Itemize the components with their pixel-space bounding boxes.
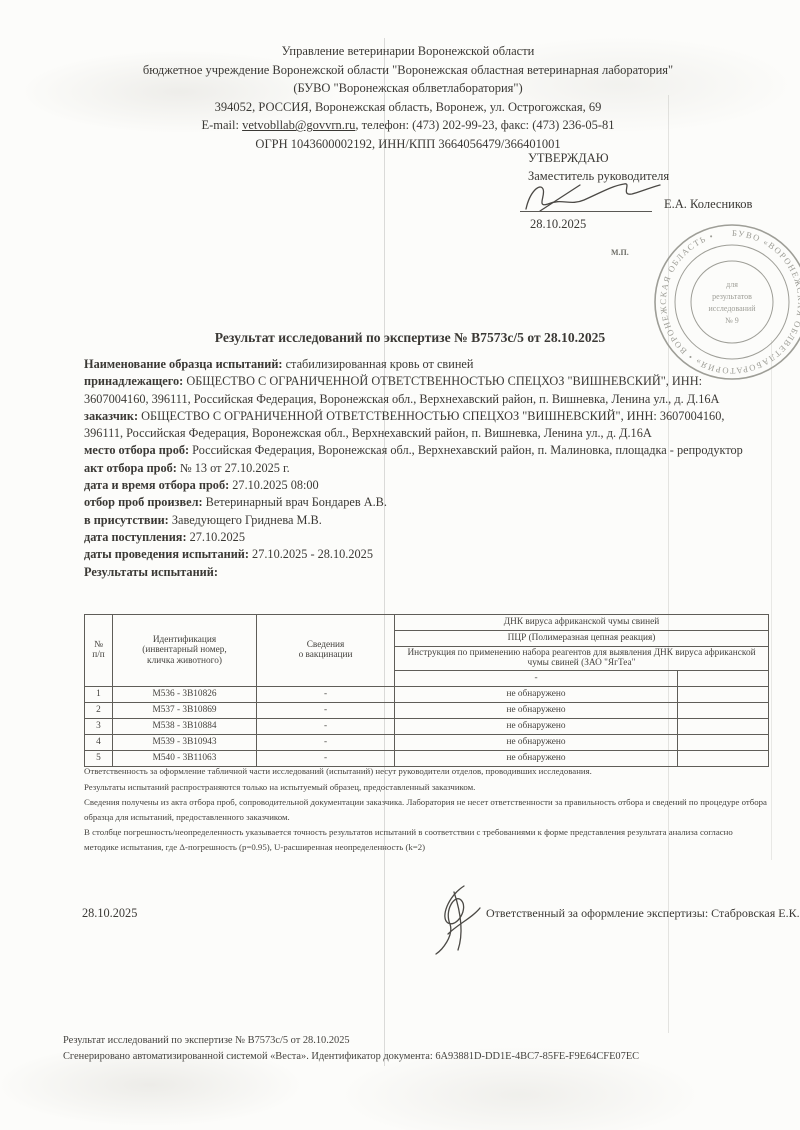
letterhead-institution: бюджетное учреждение Воронежской области…	[30, 61, 786, 80]
table-row: 3 М538 - 3В10884 - не обнаружено	[85, 718, 769, 734]
scanned-document-page: Управление ветеринарии Воронежской облас…	[0, 0, 800, 1130]
approval-date: 28.10.2025	[530, 215, 586, 233]
footer-generated-by: Сгенерировано автоматизированной системо…	[63, 1049, 639, 1065]
field-sampling-datetime: дата и время отбора проб: 27.10.2025 08:…	[84, 477, 766, 494]
cell-result: не обнаружено	[395, 702, 678, 718]
phone-fax: , телефон: (473) 202-99-23, факс: (473) …	[355, 118, 614, 132]
field-test-dates: даты проведения испытаний: 27.10.2025 - …	[84, 546, 766, 563]
signature-line	[520, 211, 652, 212]
lab-letterhead: Управление ветеринарии Воронежской облас…	[30, 42, 786, 154]
approval-word: УТВЕРЖДАЮ	[528, 149, 788, 167]
table-row: 2 М537 - 3В10869 - не обнаружено	[85, 702, 769, 718]
stamp-center-line: исследований	[709, 304, 757, 313]
stamp-center-line: для	[726, 280, 738, 289]
col-header-num: № п/п	[85, 615, 113, 687]
cell-uncert	[678, 718, 769, 734]
field-sampling-act: акт отбора проб: № 13 от 27.10.2025 г.	[84, 460, 766, 477]
cell-num: 4	[85, 734, 113, 750]
document-title: Результат исследований по экспертизе № В…	[20, 330, 800, 346]
cell-result: не обнаружено	[395, 718, 678, 734]
letterhead-contacts: E-mail: vetvobllab@govvrn.ru, телефон: (…	[30, 116, 786, 135]
report-date: 28.10.2025	[82, 906, 137, 921]
cell-num: 3	[85, 718, 113, 734]
field-customer: заказчик: ОБЩЕСТВО С ОГРАНИЧЕННОЙ ОТВЕТС…	[84, 408, 766, 443]
email-label: E-mail:	[201, 118, 239, 132]
cell-uncert	[678, 686, 769, 702]
cell-result: не обнаружено	[395, 686, 678, 702]
field-owner: принадлежащего: ОБЩЕСТВО С ОГРАНИЧЕННОЙ …	[84, 373, 766, 408]
col-header-method: ПЦР (Полимеразная цепная реакция)	[395, 631, 769, 647]
col-header-dash: -	[395, 670, 678, 686]
field-sample-name: Наименование образца испытаний: стабилиз…	[84, 356, 766, 373]
letterhead-short-name: (БУВО "Воронежская облветлаборатория")	[30, 79, 786, 98]
stamp-place-mark: М.П.	[611, 248, 629, 257]
cell-num: 2	[85, 702, 113, 718]
cell-vacc: -	[257, 734, 395, 750]
footnote: В столбце погрешность/неопределенность у…	[84, 825, 768, 854]
cell-id: М537 - 3В10869	[113, 702, 257, 718]
cell-uncert	[678, 702, 769, 718]
cell-id: М538 - 3В10884	[113, 718, 257, 734]
cell-uncert	[678, 734, 769, 750]
doc-footer: Результат исследований по экспертизе № В…	[63, 1033, 639, 1064]
col-header-test-group: ДНК вируса африканской чумы свиней	[395, 615, 769, 631]
footnote: Ответственность за оформление табличной …	[84, 764, 768, 779]
table-row: 4 М539 - 3В10943 - не обнаружено	[85, 734, 769, 750]
results-table: № п/п Идентификация (инвентарный номер, …	[84, 614, 769, 767]
table-header-row: № п/п Идентификация (инвентарный номер, …	[85, 615, 769, 631]
col-header-instruction: Инструкция по применению набора реагенто…	[395, 647, 769, 671]
email-link: vetvobllab@govvrn.ru	[242, 118, 355, 132]
col-header-identification: Идентификация (инвентарный номер, кличка…	[113, 615, 257, 687]
col-header-uncertainty	[678, 670, 769, 686]
cell-id: М536 - 3В10826	[113, 686, 257, 702]
cell-vacc: -	[257, 686, 395, 702]
sample-fields: Наименование образца испытаний: стабилиз…	[84, 356, 766, 581]
col-header-vaccination: Сведения о вакцинации	[257, 615, 395, 687]
scan-fold-line	[771, 340, 772, 860]
footnote: Сведения получены из акта отбора проб, с…	[84, 795, 768, 824]
footnote: Результаты испытаний распространяются то…	[84, 780, 768, 795]
footer-expertise-ref: Результат исследований по экспертизе № В…	[63, 1033, 639, 1049]
stamp-ring-text: БУВО «ВОРОНЕЖСКАЯ ОБЛВЕТЛАБОРАТОРИЯ» • В…	[658, 228, 800, 376]
field-sampled-by: отбор проб произвел: Ветеринарный врач Б…	[84, 494, 766, 511]
field-sampling-place: место отбора проб: Российская Федерация,…	[84, 442, 766, 459]
footnotes: Ответственность за оформление табличной …	[84, 764, 768, 856]
responsible-signature-icon	[424, 880, 486, 958]
results-label: Результаты испытаний:	[84, 564, 766, 581]
svg-text:БУВО «ВОРОНЕЖСКАЯ ОБЛВЕТЛАБОРА: БУВО «ВОРОНЕЖСКАЯ ОБЛВЕТЛАБОРАТОРИЯ» • В…	[658, 228, 800, 376]
letterhead-department: Управление ветеринарии Воронежской облас…	[30, 42, 786, 61]
stamp-center-line: результатов	[712, 292, 752, 301]
stamp-center-line: № 9	[725, 316, 739, 325]
table-row: 1 М536 - 3В10826 - не обнаружено	[85, 686, 769, 702]
cell-result: не обнаружено	[395, 734, 678, 750]
cell-id: М539 - 3В10943	[113, 734, 257, 750]
letterhead-address: 394052, РОССИЯ, Воронежская область, Вор…	[30, 98, 786, 117]
cell-vacc: -	[257, 702, 395, 718]
cell-num: 1	[85, 686, 113, 702]
cell-vacc: -	[257, 718, 395, 734]
field-receipt-date: дата поступления: 27.10.2025	[84, 529, 766, 546]
responsible-person: Ответственный за оформление экспертизы: …	[486, 906, 800, 921]
field-witness: в присутствии: Заведующего Гриднева М.В.	[84, 512, 766, 529]
